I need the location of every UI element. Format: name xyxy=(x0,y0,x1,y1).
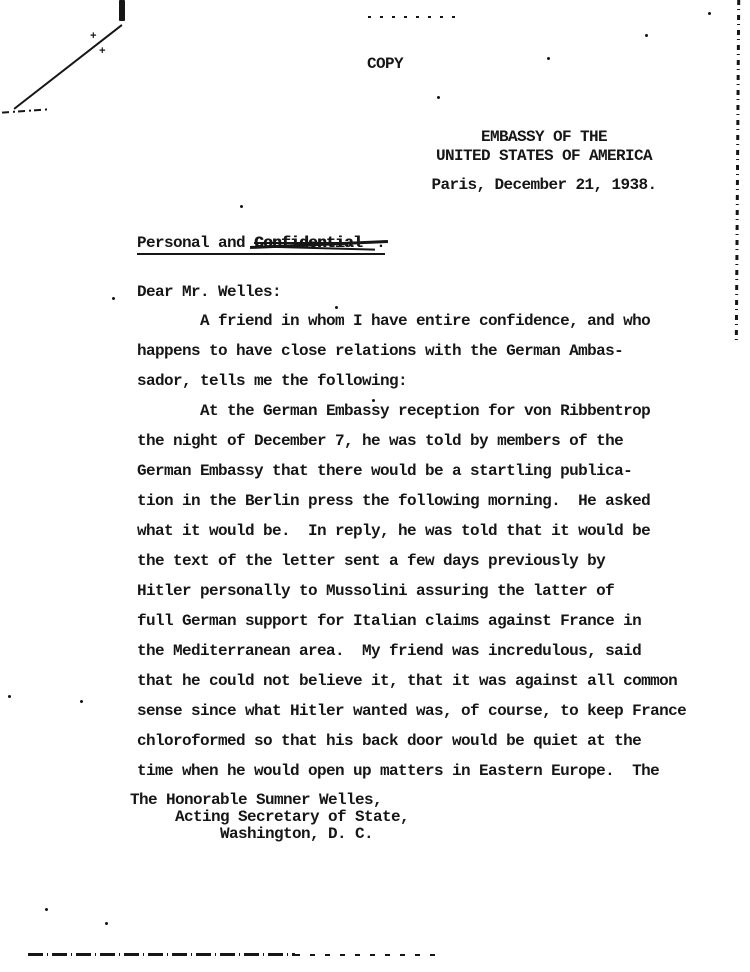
pencil-tick-mark xyxy=(119,0,125,21)
speck-dot xyxy=(112,297,115,300)
body-line: that he could not believe it, that it wa… xyxy=(137,666,717,696)
speck-dot xyxy=(645,34,648,37)
body-line: the night of December 7, he was told by … xyxy=(137,426,717,456)
body-line: happens to have close relations with the… xyxy=(137,336,717,366)
letterhead: EMBASSY OF THE UNITED STATES OF AMERICA … xyxy=(428,128,660,195)
speck-dot xyxy=(437,96,440,99)
crease-diagonal-mark xyxy=(13,24,122,110)
body-line: sense since what Hitler wanted was, of c… xyxy=(137,696,717,726)
plus-mark-icon: + xyxy=(99,47,105,58)
speck-dot xyxy=(105,922,108,925)
body-line: sador, tells me the following: xyxy=(137,366,717,396)
speck-dot xyxy=(8,695,11,698)
body-line: the Mediterranean area. My friend was in… xyxy=(137,636,717,666)
body-line: full German support for Italian claims a… xyxy=(137,606,717,636)
body-line: the text of the letter sent a few days p… xyxy=(137,546,717,576)
body-line: At the German Embassy reception for von … xyxy=(137,396,717,426)
speck-dot xyxy=(240,205,243,208)
body-line: Hitler personally to Mussolini assuring … xyxy=(137,576,717,606)
addressee-block: The Honorable Sumner Welles, Acting Secr… xyxy=(130,792,409,843)
addressee-city: Washington, D. C. xyxy=(130,826,409,843)
letter-body: A friend in whom I have entire confidenc… xyxy=(137,306,717,786)
plus-mark-icon: + xyxy=(90,32,96,43)
body-line: chloroformed so that his back door would… xyxy=(137,726,717,756)
speck-dot xyxy=(547,57,550,60)
subject-prefix: Personal and xyxy=(137,234,254,252)
letterhead-line1: EMBASSY OF THE xyxy=(428,128,660,147)
body-line: German Embassy that there would be a sta… xyxy=(137,456,717,486)
copy-stamp: COPY xyxy=(367,55,403,73)
letterhead-line2: UNITED STATES OF AMERICA xyxy=(428,147,660,166)
speck-dot xyxy=(45,908,48,911)
addressee-title: Acting Secretary of State, xyxy=(130,809,409,826)
dot-trail-mark xyxy=(368,16,458,18)
dateline: Paris, December 21, 1938. xyxy=(428,176,660,195)
speck-dot xyxy=(708,12,711,15)
body-line: tion in the Berlin press the following m… xyxy=(137,486,717,516)
speck-dot xyxy=(80,700,83,703)
crease-tail-mark xyxy=(2,108,48,113)
scan-edge-speckle-bottom xyxy=(28,953,295,956)
body-line: what it would be. In reply, he was told … xyxy=(137,516,717,546)
scanned-letter-page: + + COPY EMBASSY OF THE UNITED STATES OF… xyxy=(0,0,750,972)
salutation: Dear Mr. Welles: xyxy=(137,283,281,301)
scan-edge-speckle-right xyxy=(735,0,740,345)
body-line: A friend in whom I have entire confidenc… xyxy=(137,306,717,336)
addressee-name: The Honorable Sumner Welles, xyxy=(130,792,409,809)
scan-edge-speckle-bottom xyxy=(295,954,440,956)
body-line: time when he would open up matters in Ea… xyxy=(137,756,717,786)
subject-line: Personal and Confidential. xyxy=(137,234,385,255)
